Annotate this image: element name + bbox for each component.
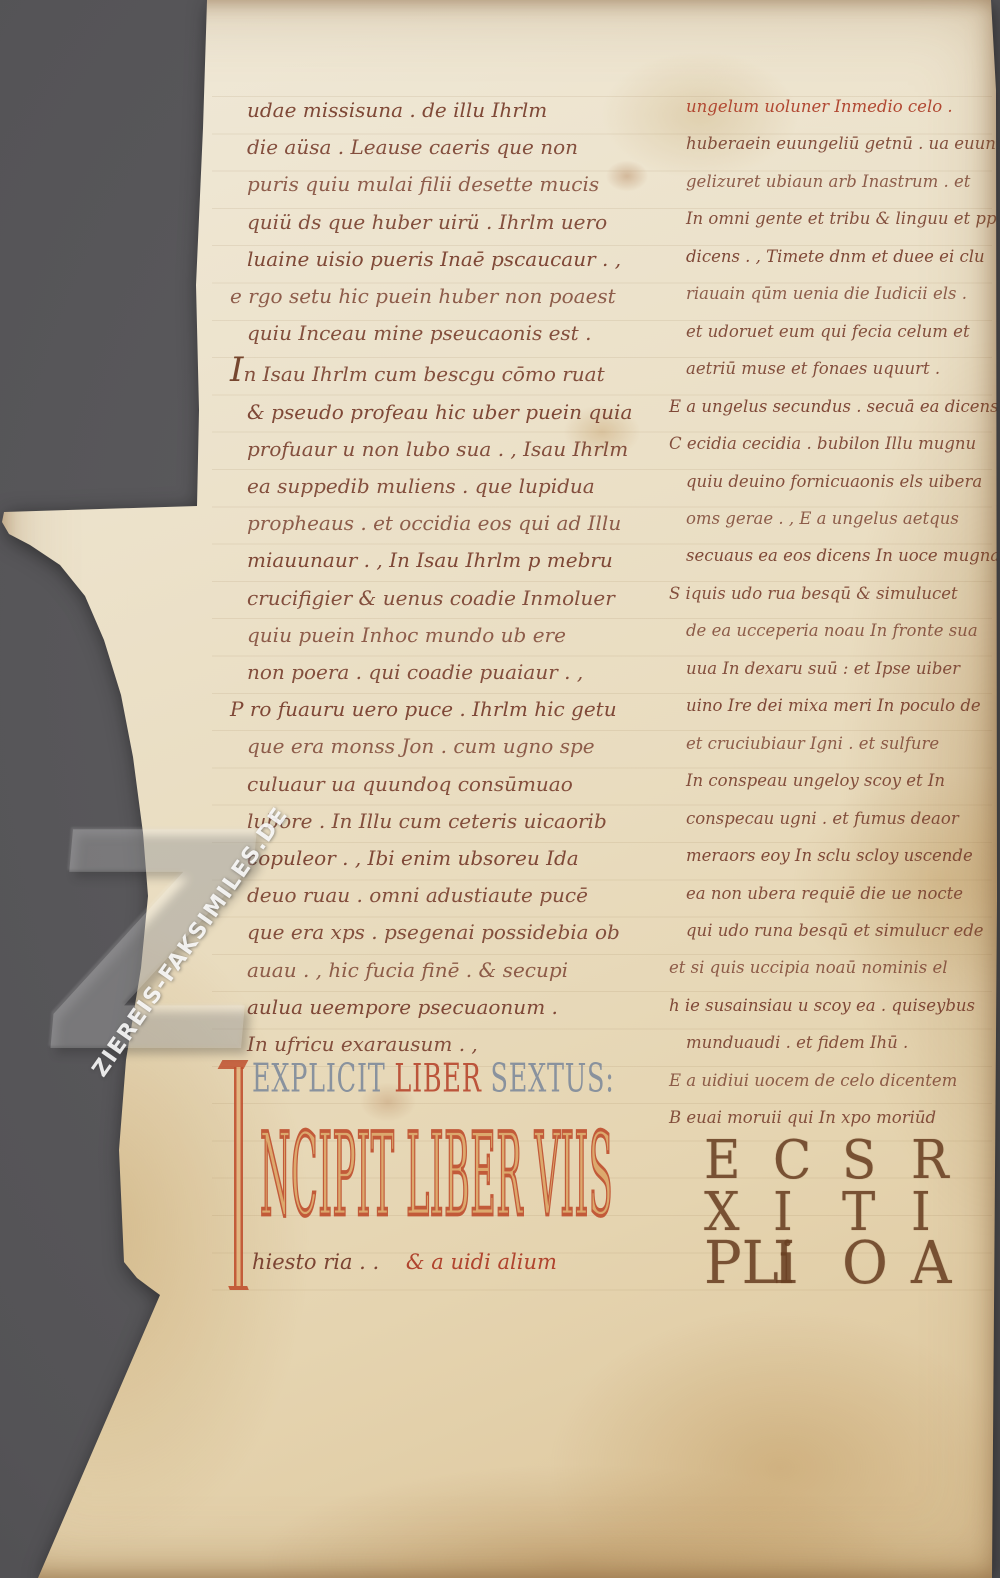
text-line: qui udo runa besqū et simulucr ede xyxy=(686,912,992,949)
text-line: de ea ucceperia noau In fronte sua xyxy=(686,612,992,649)
text-line: et udoruet eum qui fecia celum et xyxy=(686,313,992,350)
text-line: h ie susainsiau u scoy ea . quiseybus xyxy=(686,987,992,1024)
capital-letter: E xyxy=(704,1132,773,1187)
text-line: riauain qūm uenia die Iudicii els . xyxy=(686,275,992,312)
text-line: culuaur ua quundoq consūmuao xyxy=(247,766,617,803)
explicit-rubric: EXPLICIT LIBER SEXTUS: xyxy=(252,1056,615,1102)
text-line: luaine uisio pueris Inaē pscaucaur . , xyxy=(247,241,617,278)
text-line: huberaein euungeliū getnū . ua euun xyxy=(686,125,992,162)
manuscript-photo: udae missisuna . de illu Ihrlmdie aüsa .… xyxy=(0,0,1000,1578)
rubric-segment: EXPLICIT xyxy=(252,1056,394,1102)
text-line: et cruciubiaur Igni . et sulfure xyxy=(686,725,992,762)
historia-line: hiesto ria . . & a uidi alium xyxy=(252,1250,557,1274)
incipit-rubric: NCIPIT LIBER VIIS xyxy=(260,1108,613,1242)
text-line: S iquis udo rua besqū & simulucet xyxy=(686,575,992,612)
capital-letter: O xyxy=(842,1236,911,1291)
text-line: quiu puein Inhoc mundo ub ere xyxy=(247,617,617,654)
text-line: copuleor . , Ibi enim ubsoreu Ida xyxy=(247,840,617,877)
text-line: aulua ueempore psecuaonum . xyxy=(247,989,617,1026)
text-line: P ro fuauru uero puce . Ihrlm hic getu xyxy=(247,691,617,728)
capital-letter: I xyxy=(773,1236,842,1291)
text-line: e rgo setu hic puein huber non poaest xyxy=(247,278,617,315)
text-line: uino Ire dei mixa meri In poculo de xyxy=(686,687,992,724)
text-line: quiu deuino fornicuaonis els uibera xyxy=(686,463,992,500)
text-line: auau . , hic fucia finē . & secupi xyxy=(247,952,617,989)
text-line: E a ungelus secundus . secuā ea dicens xyxy=(686,388,992,425)
capital-letter: A xyxy=(911,1236,980,1291)
text-line: & pseudo profeau hic uber puein quia xyxy=(247,394,617,431)
text-line: puris quiu mulai filii desette mucis xyxy=(247,166,617,203)
capital-letter: PLi xyxy=(704,1236,773,1291)
text-line: gelizuret ubiaun arb Inastrum . et xyxy=(686,163,992,200)
capital-letter: C xyxy=(773,1132,842,1187)
text-line: ea non ubera requiē die ue nocte xyxy=(686,875,992,912)
text-line: uua In dexaru suū : et Ipse uiber xyxy=(686,650,992,687)
text-line: die aüsa . Leause caeris que non xyxy=(247,129,617,166)
capital-letter: R xyxy=(911,1132,980,1187)
text-line: quiü ds que huber uirü . Ihrlm uero xyxy=(247,204,617,241)
text-line: conspecau ugni . et fumus deaor xyxy=(686,800,992,837)
rubric-segment: SEXTUS: xyxy=(491,1056,615,1102)
text-line: quiu Inceau mine pseucaonis est . xyxy=(247,315,617,352)
text-line: deuo ruau . omni adustiaute pucē xyxy=(247,877,617,914)
text-line: que era xps . psegenai possidebia ob xyxy=(247,914,617,951)
capitals-row: ECSR xyxy=(704,1134,980,1186)
text-line: munduaudi . et fidem Ihū . xyxy=(686,1024,992,1061)
historia-red-text: & a uidi alium xyxy=(406,1250,557,1274)
text-line: In conspeau ungeloy scoy et In xyxy=(686,762,992,799)
watermark-logo-z-icon: Z xyxy=(33,795,277,1095)
text-column-left: udae missisuna . de illu Ihrlmdie aüsa .… xyxy=(247,92,617,1063)
display-capitals-grid: ECSRXITIPLiIOA xyxy=(704,1134,980,1290)
text-line: ungelum uoluner Inmedio celo . xyxy=(686,88,992,125)
text-line: In omni gente et tribu & linguu et pplo xyxy=(686,200,992,237)
text-line: propheaus . et occidia eos qui ad Illu xyxy=(247,505,617,542)
text-line: In Isau Ihrlm cum bescgu cōmo ruat xyxy=(247,352,617,393)
text-column-right: ungelum uoluner Inmedio celo .huberaein … xyxy=(686,88,992,1137)
historia-brown-text: hiesto ria . . xyxy=(252,1250,379,1274)
text-line: crucifigier & uenus coadie Inmoluer xyxy=(247,580,617,617)
text-line: C ecidia cecidia . bubilon Illu mugnu xyxy=(686,425,992,462)
rubric-segment: LIBER xyxy=(394,1056,490,1102)
text-line: udae missisuna . de illu Ihrlm xyxy=(247,92,617,129)
text-line: que era monss Jon . cum ugno spe xyxy=(247,728,617,765)
text-line: oms gerae . , E a ungelus aetqus xyxy=(686,500,992,537)
text-line: miauunaur . , In Isau Ihrlm p mebru xyxy=(247,542,617,579)
capital-letter: S xyxy=(842,1132,911,1187)
text-line: non poera . qui coadie puaiaur . , xyxy=(247,654,617,691)
text-line: secuaus ea eos dicens In uoce mugna xyxy=(686,537,992,574)
text-line: ea suppedib muliens . que lupidua xyxy=(247,468,617,505)
text-line: aetriū muse et fonaes uquurt . xyxy=(686,350,992,387)
text-line: dicens . , Timete dnm et duee ei clu xyxy=(686,238,992,275)
text-line: E a uidiui uocem de celo dicentem xyxy=(686,1062,992,1099)
text-line: et si quis uccipia noaū nominis el xyxy=(686,949,992,986)
capitals-row: PLiIOA xyxy=(704,1238,980,1290)
text-line: meraors eoy In sclu scloy uscende xyxy=(686,837,992,874)
text-line: lubore . In Illu cum ceteris uicaorib xyxy=(247,803,617,840)
text-line: profuaur u non lubo sua . , Isau Ihrlm xyxy=(247,431,617,468)
